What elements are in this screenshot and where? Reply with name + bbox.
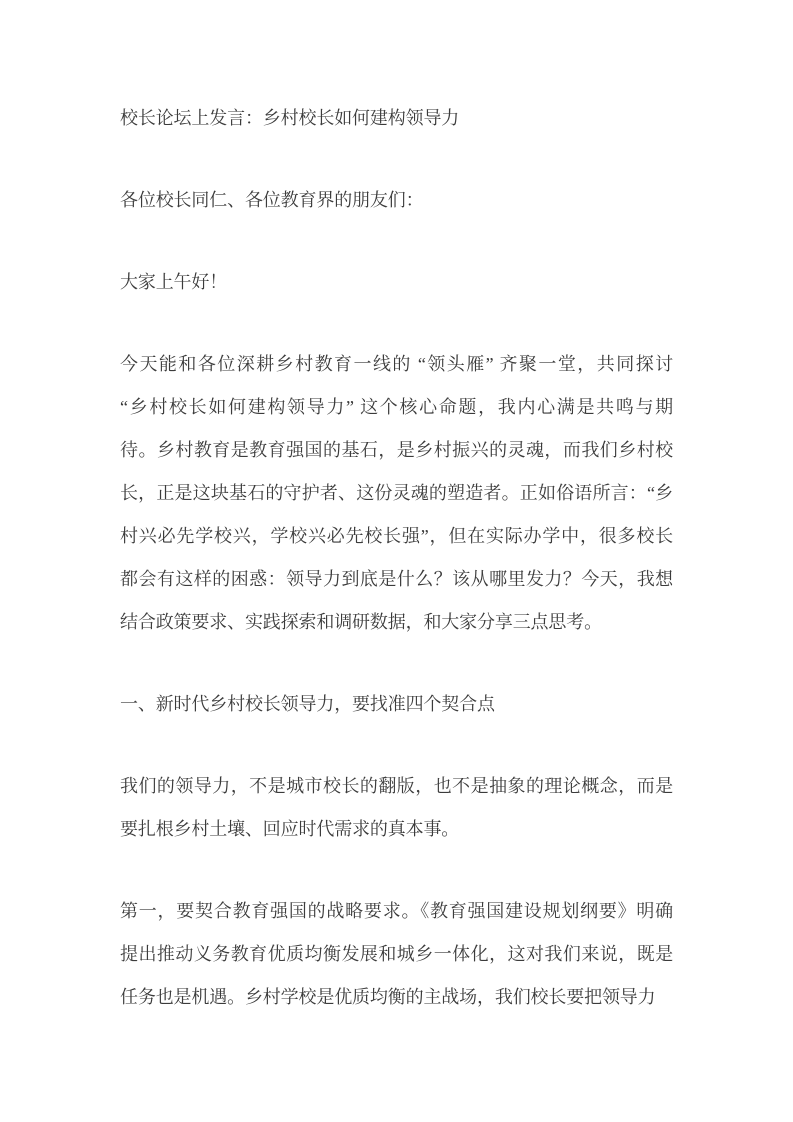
document-title: 校长论坛上发言：乡村校长如何建构领导力 (120, 97, 673, 140)
paragraph-line: 长，正是这块基石的守护者、这份灵魂的塑造者。正如俗语所言：“乡 (120, 472, 673, 515)
paragraph-line: 今天能和各位深耕乡村教育一线的 “领头雁” 齐聚一堂，共同探讨 (120, 343, 673, 386)
greeting-text: 大家上午好！ (120, 261, 673, 304)
document-content: 校长论坛上发言：乡村校长如何建构领导力 各位校长同仁、各位教育界的朋友们： 大家… (0, 0, 793, 1019)
first-point-paragraph: 第一，要契合教育强国的战略要求。《教育强国建设规划纲要》明确 提出推动义务教育优… (120, 890, 673, 1019)
paragraph-line: 结合政策要求、实践探索和调研数据，和大家分享三点思考。 (120, 601, 673, 644)
greeting: 大家上午好！ (120, 261, 673, 304)
document-title-text: 校长论坛上发言：乡村校长如何建构领导力 (120, 97, 673, 140)
salutation-text: 各位校长同仁、各位教育界的朋友们： (120, 179, 673, 222)
paragraph-line: 提出推动义务教育优质均衡发展和城乡一体化，这对我们来说，既是 (120, 933, 673, 976)
paragraph-line: 第一，要契合教育强国的战略要求。《教育强国建设规划纲要》明确 (120, 890, 673, 933)
paragraph-line: 村兴必先学校兴，学校兴必先校长强”，但在实际办学中，很多校长 (120, 515, 673, 558)
document-page: 校长论坛上发言：乡村校长如何建构领导力 各位校长同仁、各位教育界的朋友们： 大家… (0, 0, 793, 1122)
paragraph-line: “乡村校长如何建构领导力” 这个核心命题，我内心满是共鸣与期 (120, 386, 673, 429)
intro-paragraph: 今天能和各位深耕乡村教育一线的 “领头雁” 齐聚一堂，共同探讨 “乡村校长如何建… (120, 343, 673, 644)
paragraph-line: 待。乡村教育是教育强国的基石，是乡村振兴的灵魂，而我们乡村校 (120, 429, 673, 472)
salutation: 各位校长同仁、各位教育界的朋友们： (120, 179, 673, 222)
paragraph-line: 我们的领导力，不是城市校长的翻版，也不是抽象的理论概念，而是 (120, 765, 673, 808)
section-1-heading-text: 一、新时代乡村校长领导力，要找准四个契合点 (120, 683, 673, 726)
section-1-intro-paragraph: 我们的领导力，不是城市校长的翻版，也不是抽象的理论概念，而是 要扎根乡村土壤、回… (120, 765, 673, 851)
paragraph-line: 任务也是机遇。乡村学校是优质均衡的主战场，我们校长要把领导力 (120, 976, 673, 1019)
section-1-heading: 一、新时代乡村校长领导力，要找准四个契合点 (120, 683, 673, 726)
paragraph-line: 都会有这样的困惑：领导力到底是什么？该从哪里发力？今天，我想 (120, 558, 673, 601)
paragraph-line: 要扎根乡村土壤、回应时代需求的真本事。 (120, 808, 673, 851)
